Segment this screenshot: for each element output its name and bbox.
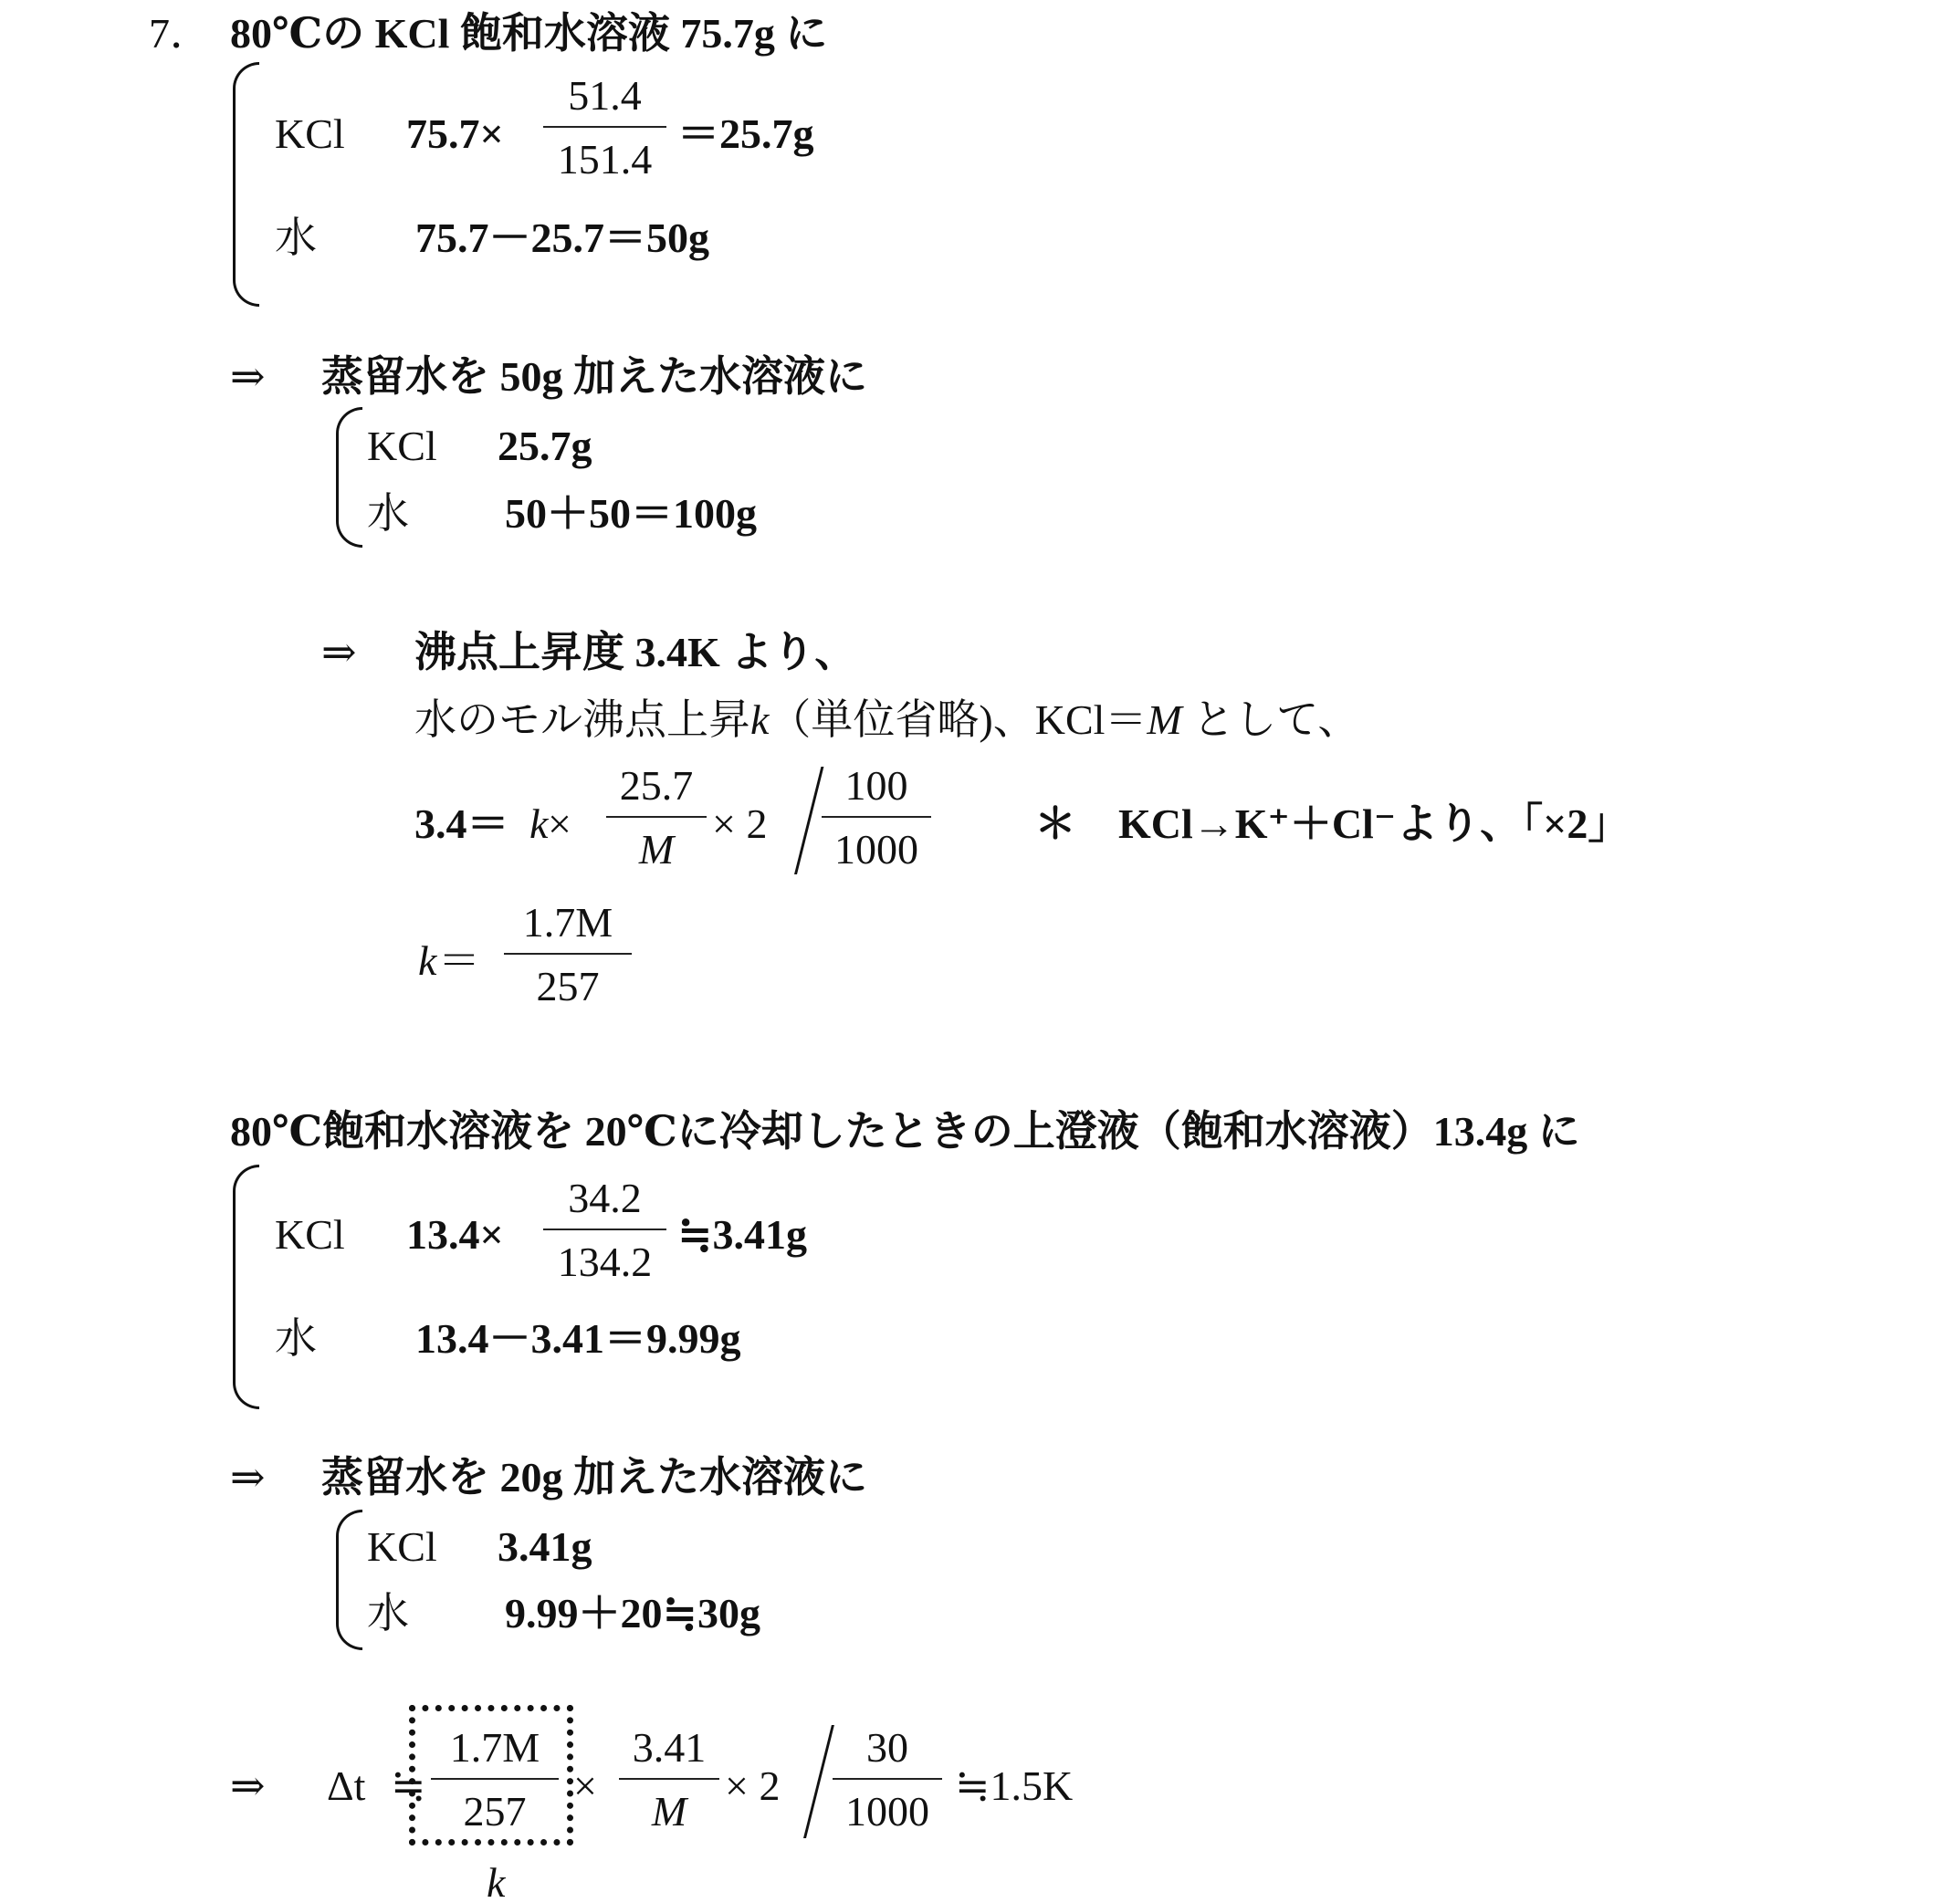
- water-expression: 9.99＋20≒30g: [505, 1593, 760, 1635]
- kcl-label: KCl: [367, 1526, 437, 1568]
- denominator: 1000: [834, 829, 918, 871]
- fraction-bar: [543, 126, 666, 128]
- fraction: 25.7 M: [606, 765, 707, 871]
- fraction: 100 1000: [822, 765, 931, 871]
- fraction-bar: [619, 1778, 719, 1780]
- denominator: 1000: [845, 1791, 929, 1833]
- times-two: × 2: [725, 1765, 780, 1807]
- problem-intro: 80℃の KCl 飽和水溶液 75.7g に: [230, 13, 827, 55]
- k-annotation: k: [487, 1862, 505, 1903]
- kcl-value: 3.41g: [498, 1526, 592, 1568]
- kcl-label: KCl: [275, 1214, 345, 1256]
- water-label: 水: [367, 1593, 409, 1635]
- step-line-1: 沸点上昇度 3.4K より、: [414, 632, 856, 674]
- text: 水のモル沸点上昇: [414, 696, 750, 743]
- times-two: × 2: [712, 803, 767, 845]
- delta-t: Δt: [327, 1765, 365, 1807]
- kcl-expression: 75.7×: [406, 113, 504, 155]
- step-line-2: 水のモル沸点上昇k（単位省略)、KCl＝M として、: [414, 699, 1359, 741]
- fraction-bar: [822, 816, 931, 818]
- kcl-label: KCl: [367, 425, 437, 467]
- denominator: 257: [464, 1791, 527, 1833]
- var-k: k: [750, 696, 769, 743]
- var-k: k: [529, 803, 548, 845]
- fraction-k: 1.7M 257: [431, 1727, 559, 1833]
- implies-arrow: ⇒: [230, 1457, 266, 1499]
- fraction: 1.7M 257: [504, 902, 632, 1008]
- left-brace: [336, 1510, 362, 1650]
- water-label: 水: [275, 217, 317, 259]
- text: （単位省略)、KCl＝: [769, 696, 1147, 743]
- water-expression: 50＋50＝100g: [505, 493, 757, 535]
- kcl-result: ＝25.7g: [677, 113, 814, 155]
- fraction-bar: [431, 1778, 559, 1780]
- numerator: 34.2: [568, 1177, 642, 1219]
- denominator: M: [652, 1791, 687, 1833]
- division-slash: [794, 767, 823, 874]
- problem-number: 7．: [149, 13, 212, 55]
- var-M: M: [1147, 696, 1181, 743]
- water-expression: 75.7－25.7＝50g: [415, 217, 709, 259]
- kcl-label: KCl: [275, 113, 345, 155]
- times: ×: [573, 1765, 597, 1807]
- denominator: M: [639, 829, 674, 871]
- fraction-bar: [833, 1778, 942, 1780]
- denominator: 257: [537, 966, 600, 1008]
- fraction: 30 1000: [833, 1727, 942, 1833]
- implies-arrow: ⇒: [230, 356, 266, 398]
- water-label: 水: [367, 493, 409, 535]
- times: ×: [548, 803, 571, 845]
- fraction: 51.4 151.4: [543, 75, 666, 181]
- numerator: 51.4: [568, 75, 642, 117]
- numerator: 25.7: [620, 765, 694, 807]
- result: ≒1.5K: [955, 1765, 1073, 1807]
- numerator: 100: [845, 765, 908, 807]
- left-brace: [233, 1165, 259, 1409]
- note: ＊ KCl→K⁺＋Cl⁻より、「×2」: [1034, 803, 1630, 845]
- step-text: 蒸留水を 20g 加えた水溶液に: [321, 1457, 867, 1499]
- kcl-result: ≒3.41g: [677, 1214, 807, 1256]
- fraction-bar: [606, 816, 707, 818]
- water-expression: 13.4－3.41＝9.99g: [415, 1318, 741, 1360]
- numerator: 3.41: [633, 1727, 707, 1769]
- left-brace: [336, 407, 362, 548]
- fraction: 3.41 M: [619, 1727, 719, 1833]
- numerator: 30: [866, 1727, 908, 1769]
- numerator: 1.7M: [523, 902, 613, 944]
- numerator: 1.7M: [450, 1727, 540, 1769]
- left-brace: [233, 62, 259, 307]
- water-label: 水: [275, 1318, 317, 1360]
- step-text: 蒸留水を 50g 加えた水溶液に: [321, 356, 867, 398]
- delta-t-symbol: Δt: [327, 1762, 365, 1809]
- fraction-bar: [543, 1229, 666, 1230]
- implies-arrow: ⇒: [230, 1765, 266, 1807]
- kcl-value: 25.7g: [498, 425, 592, 467]
- part2-intro: 80℃飽和水溶液を 20℃に冷却したときの上澄液（飽和水溶液）13.4g に: [230, 1111, 1580, 1153]
- kcl-expression: 13.4×: [406, 1214, 504, 1256]
- fraction: 34.2 134.2: [543, 1177, 666, 1283]
- division-slash: [803, 1725, 834, 1838]
- equals: ＝: [438, 940, 480, 982]
- var-k: k: [418, 940, 436, 982]
- eq-left: 3.4＝: [414, 803, 509, 845]
- denominator: 151.4: [558, 139, 653, 181]
- denominator: 134.2: [558, 1241, 653, 1283]
- text: として、: [1182, 696, 1360, 743]
- implies-arrow: ⇒: [321, 632, 357, 674]
- fraction-bar: [504, 953, 632, 955]
